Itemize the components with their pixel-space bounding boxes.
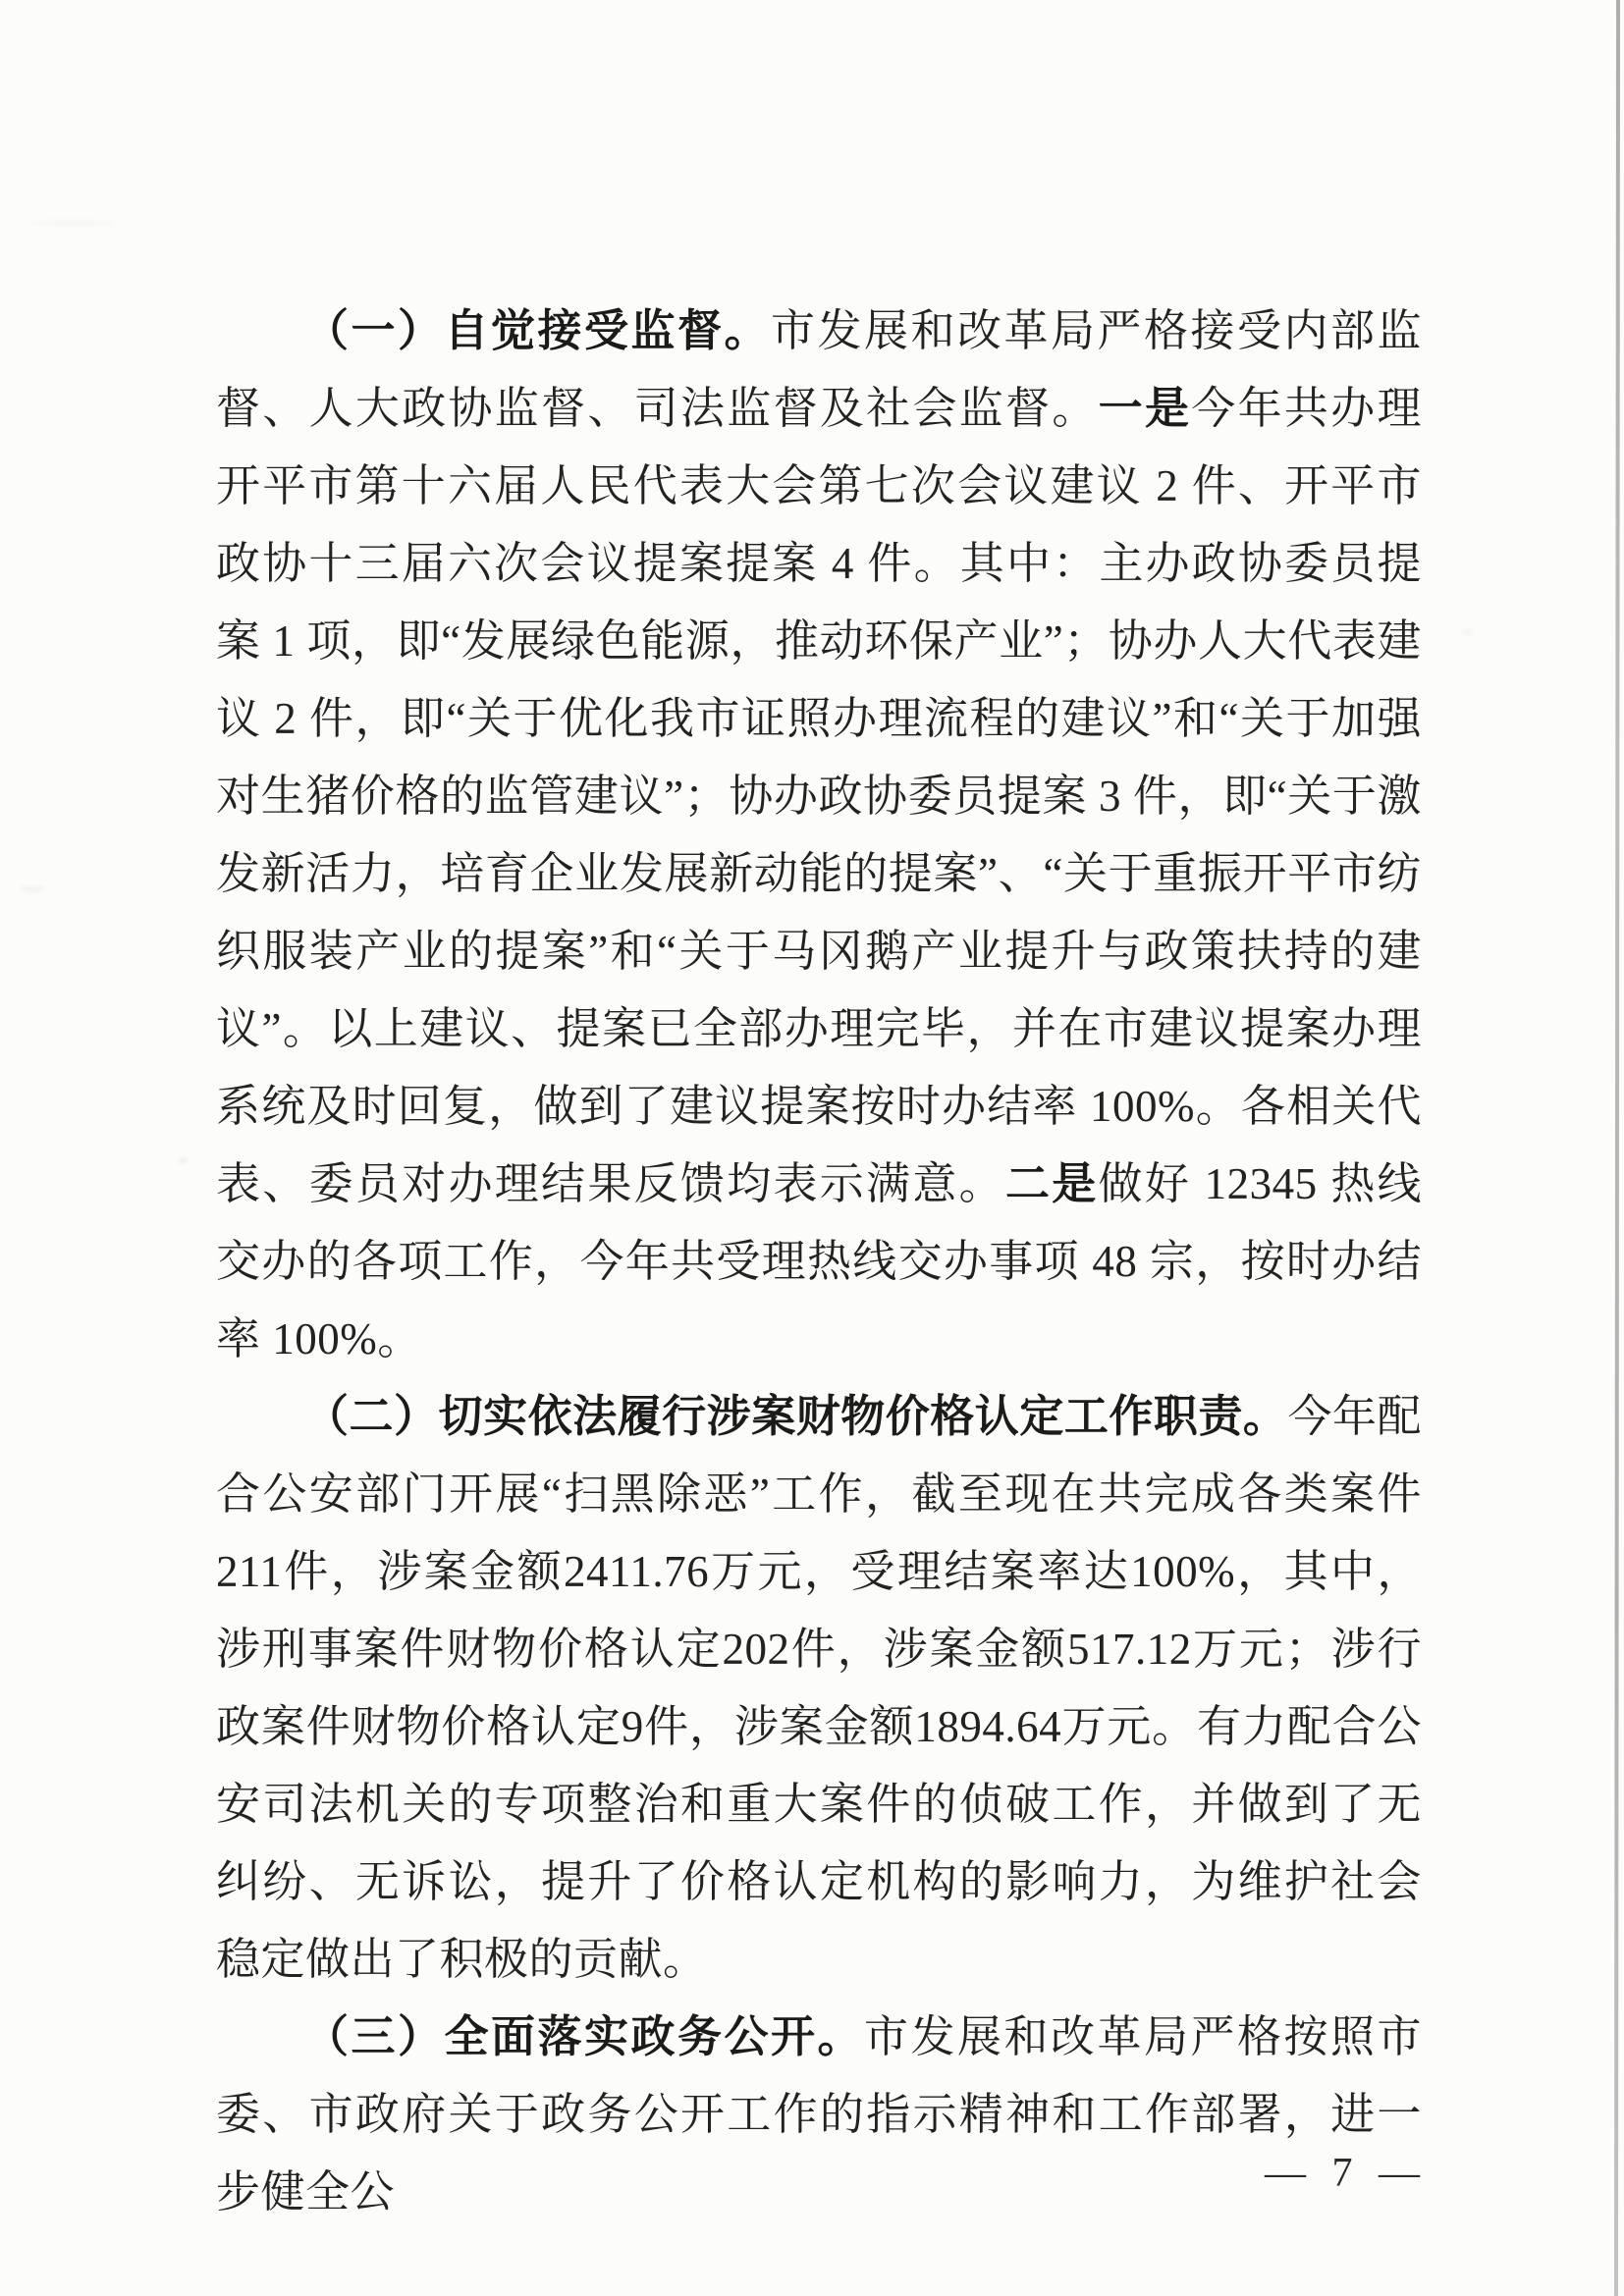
- emphasis-second-point: 二是: [1005, 1159, 1099, 1208]
- scan-smudge: [179, 1158, 187, 1163]
- scan-smudge: [1463, 628, 1473, 636]
- scan-smudge: [20, 886, 45, 891]
- page-number: — 7 —: [1265, 2150, 1428, 2197]
- paragraph-3-heading: （三）全面落实政务公开。: [304, 2012, 864, 2061]
- scan-edge-artifact: [1614, 0, 1620, 2296]
- paragraph-2-heading: （二）切实依法履行涉案财物价格认定工作职责。: [304, 1392, 1287, 1441]
- paragraph-3: （三）全面落实政务公开。市发展和改革局严格按照市委、市政府关于政务公开工作的指示…: [216, 1999, 1422, 2231]
- text-segment: 今年共办理开平市第十六届人民代表大会第七次会议建议 2 件、开平市政协十三届六次…: [216, 384, 1422, 1208]
- paragraph-1: （一）自觉接受监督。市发展和改革局严格接受内部监督、人大政协监督、司法监督及社会…: [216, 293, 1422, 1378]
- emphasis-first-point: 一是: [1099, 384, 1192, 433]
- scan-smudge: [29, 220, 118, 226]
- paragraph-2: （二）切实依法履行涉案财物价格认定工作职责。今年配合公安部门开展“扫黑除恶”工作…: [216, 1378, 1422, 1999]
- paragraph-1-heading: （一）自觉接受监督。: [304, 306, 771, 355]
- document-body: （一）自觉接受监督。市发展和改革局严格接受内部监督、人大政协监督、司法监督及社会…: [216, 293, 1422, 2231]
- scanned-document-page: （一）自觉接受监督。市发展和改革局严格接受内部监督、人大政协监督、司法监督及社会…: [0, 0, 1624, 2296]
- text-segment: 今年配合公安部门开展“扫黑除恶”工作，截至现在共完成各类案件211件，涉案金额2…: [216, 1392, 1422, 1984]
